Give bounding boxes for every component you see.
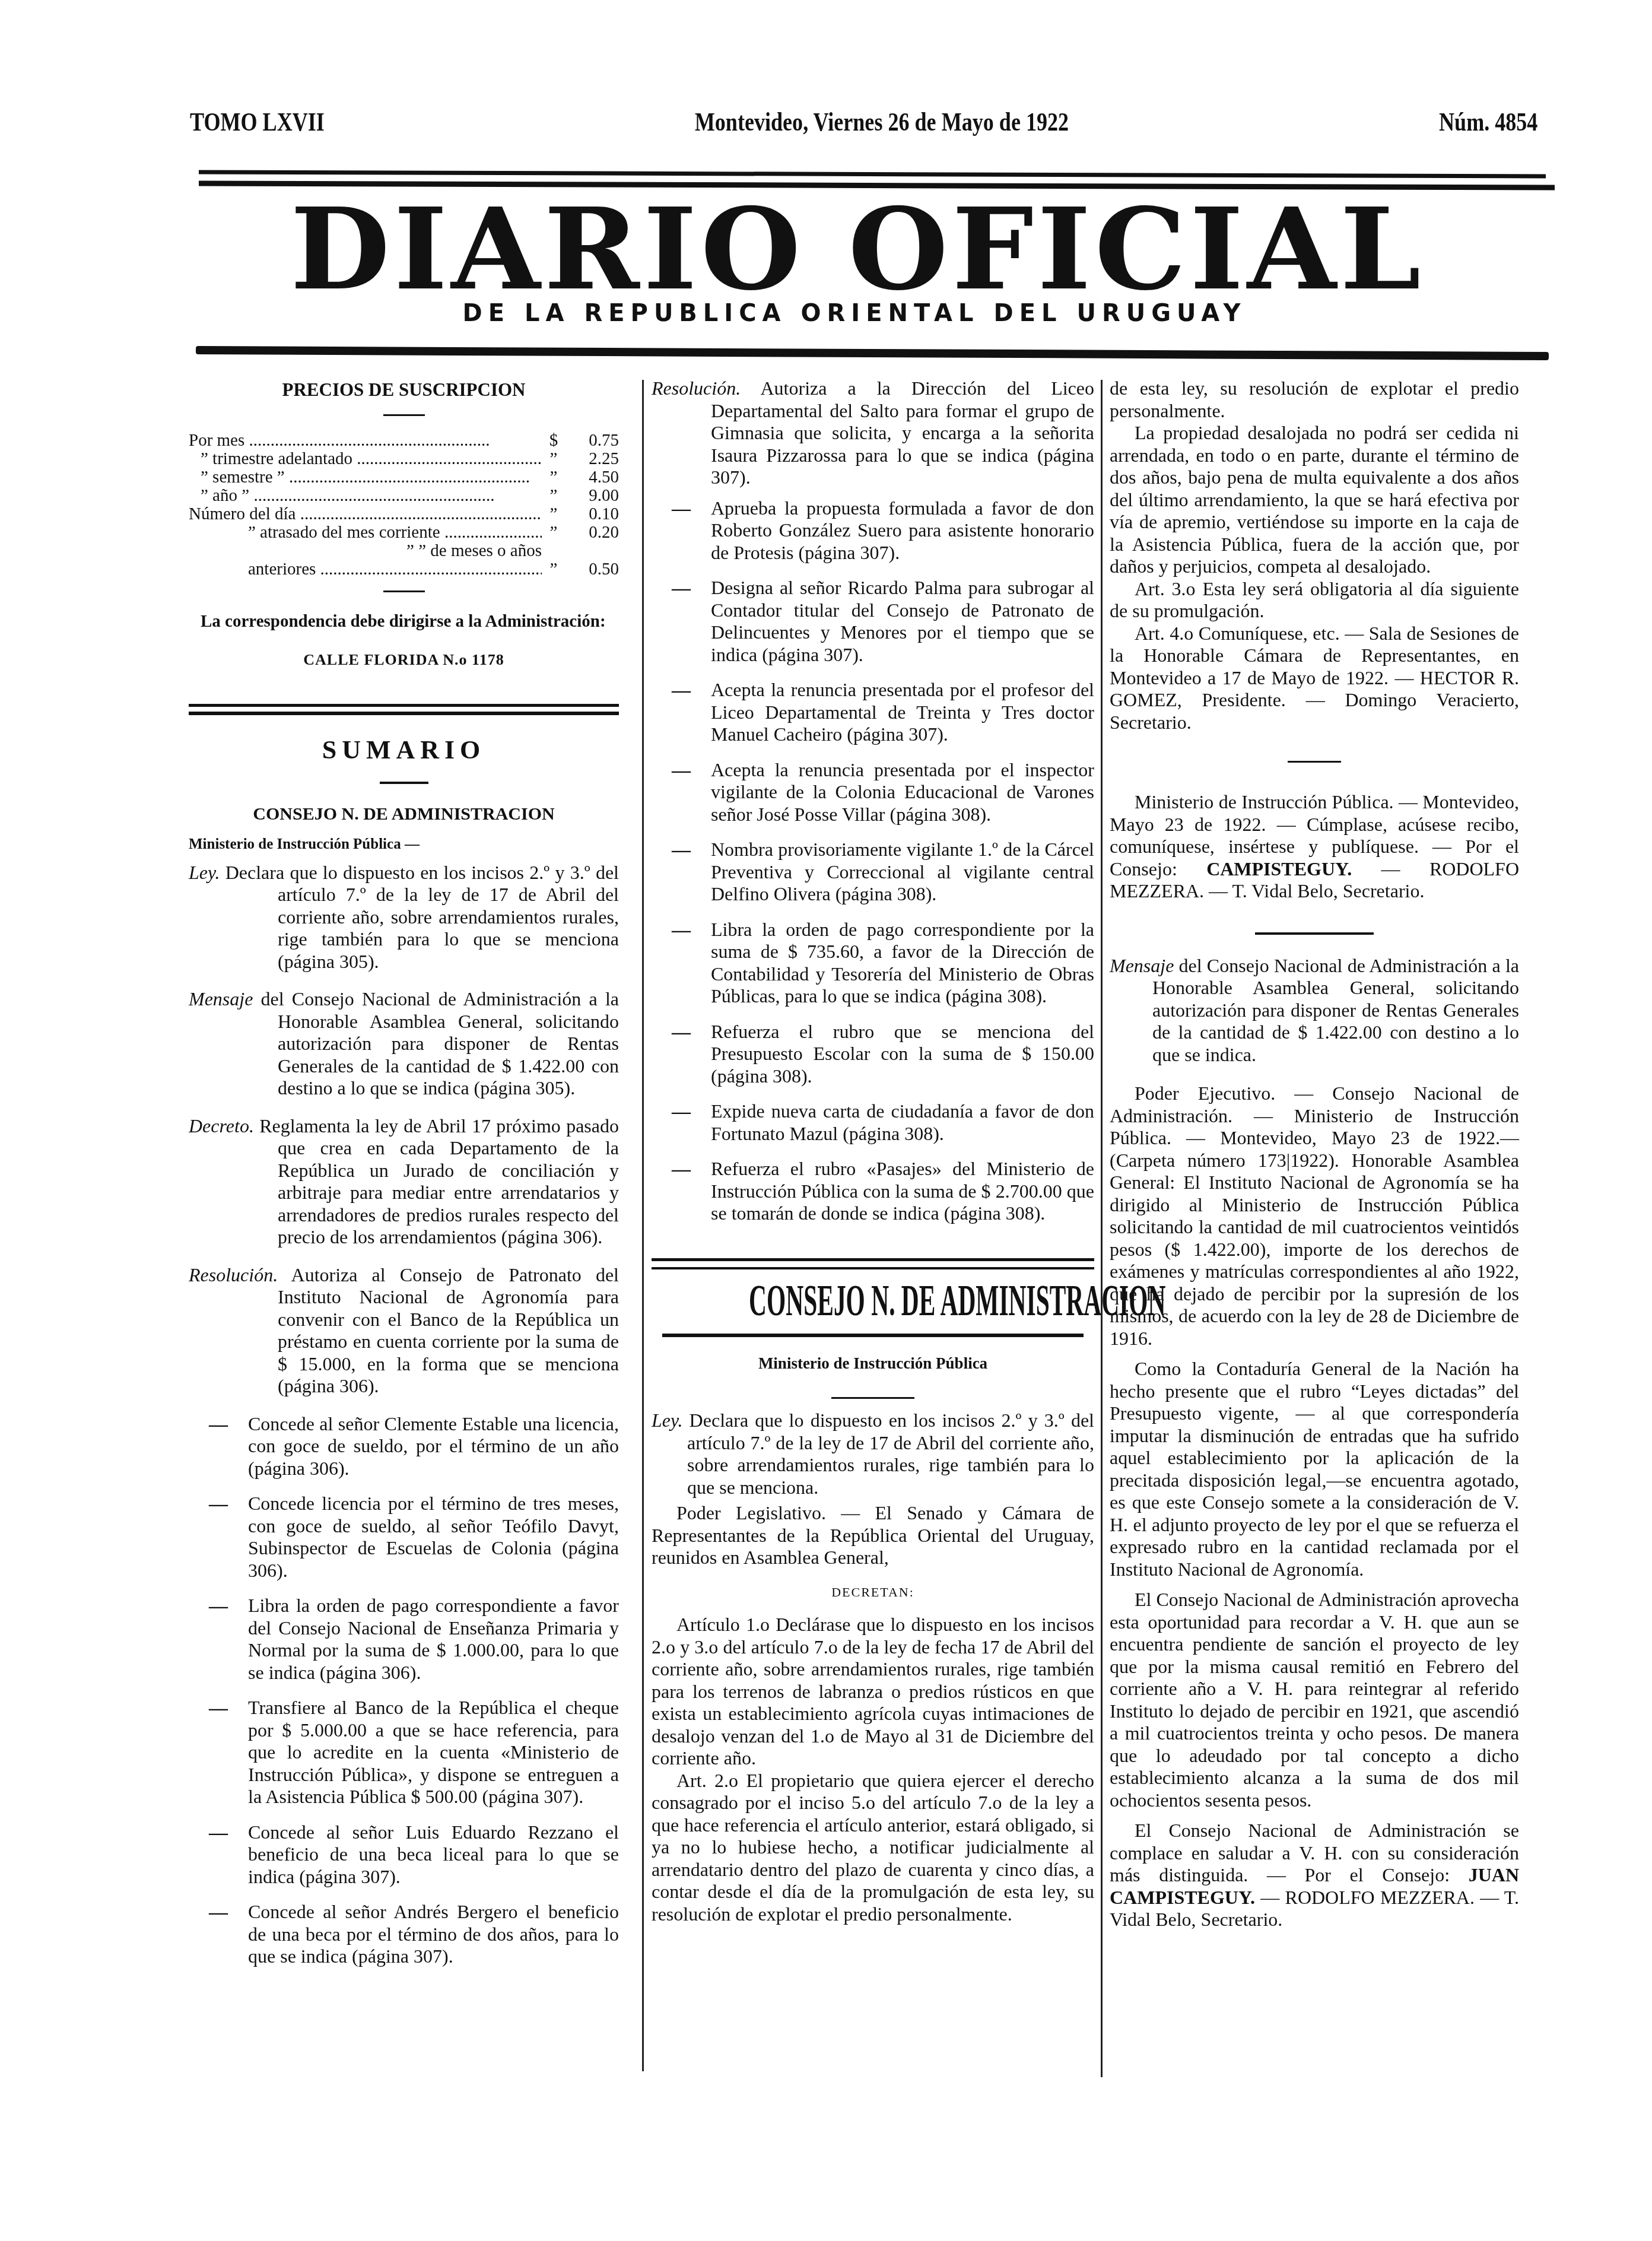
dash-item: —Acepta la renuncia presentada por el pr… [652,679,1094,746]
column-middle: Resolución. Autoriza a la Dirección del … [652,377,1094,1925]
em-dash-marker: — [189,1493,248,1582]
ley-entry: Ley. Declara que lo dispuesto en los inc… [652,1410,1094,1499]
contaduria-paragraph: Como la Contaduría General de la Nación … [1110,1358,1519,1580]
decretan-heading: DECRETAN: [652,1581,1094,1604]
sumario-short-rule [380,782,428,784]
saludo-text: El Consejo Nacional de Administración se… [1110,1820,1519,1886]
dash-item-text: Refuerza el rubro que se menciona del Pr… [711,1021,1094,1088]
dash-item: —Concede al señor Luis Eduardo Rezzano e… [189,1821,619,1888]
article-2-continued: de esta ley, su resolución de explotar e… [1110,377,1519,422]
issue-date: Montevideo, Viernes 26 de Mayo de 1922 [695,107,1069,137]
price-row: ” semestre ””4.50 [189,468,619,487]
price-row: ” trimestre adelantado”2.25 [189,450,619,468]
price-ditto: ” [542,468,566,487]
price-value: 0.50 [566,560,619,579]
dash-item-text: Nombra provisoriamente vigilante 1.º de … [711,839,1094,906]
column-divider-1 [642,380,644,2071]
dash-item-text: Expide nueva carta de ciudadanía a favor… [711,1100,1094,1145]
entry-tag: Ley. [189,862,220,883]
issue-header: TOMO LXVII Montevideo, Viernes 26 de May… [190,104,1537,139]
dash-item-text: Acepta la renuncia presentada por el ins… [711,759,1094,826]
article-rule [1288,761,1341,763]
entry-text: Reglamenta la ley de Abril 17 próximo pa… [259,1115,619,1248]
dash-item: —Libra la orden de pago correspondiente … [189,1595,619,1684]
dash-item: —Concede licencia por el término de tres… [189,1493,619,1582]
section-rule-bottom [662,1334,1084,1337]
em-dash-marker: — [189,1413,248,1480]
article-3: Art. 3.o Esta ley será obligatoria al dí… [1110,578,1519,623]
dash-item: —Designa al señor Ricardo Palma para sub… [652,577,1094,666]
correspondence-note: La correspondencia debe dirigirse a la A… [189,612,619,631]
prices-rule [383,414,425,416]
price-ditto: ” [542,505,566,523]
address: CALLE FLORIDA N.o 1178 [189,649,619,671]
dash-item: —Acepta la renuncia presentada por el in… [652,759,1094,826]
price-value: 4.50 [566,468,619,487]
ministry-rule [831,1397,914,1399]
price-row: ” año ””9.00 [189,487,619,505]
sumario-entry: Mensaje del Consejo Nacional de Administ… [189,988,619,1100]
column-right: de esta ley, su resolución de explotar e… [1110,377,1519,1931]
em-dash-marker: — [652,679,711,746]
sumario-title: SUMARIO [189,739,619,761]
article-1: Artículo 1.o Declárase que lo dispuesto … [652,1614,1094,1770]
price-row: Número del día”0.10 [189,505,619,523]
entry-text: Autoriza al Consejo de Patronato del Ins… [278,1264,619,1397]
dash-item-text: Refuerza el rubro «Pasajes» del Minister… [711,1158,1094,1225]
prices-rule-bottom [383,591,425,592]
sumario-rule-bottom [189,712,619,715]
masthead-title: DIARIO OFICIAL [201,196,1514,303]
dash-item: —Aprueba la propuesta formulada a favor … [652,497,1094,564]
volume-label: TOMO LXVII [190,107,325,137]
section-ministry: Ministerio de Instrucción Pública [652,1353,1094,1375]
dash-item-text: Designa al señor Ricardo Palma para subr… [711,577,1094,666]
entry-tag: Decreto. [189,1115,254,1137]
section-rule-mid [652,1267,1094,1269]
dash-item-text: Libra la orden de pago correspondiente a… [248,1595,619,1684]
price-ditto: ” [542,487,566,505]
em-dash-marker: — [189,1595,248,1684]
price-value: 2.25 [566,450,619,468]
em-dash-marker: — [189,1821,248,1888]
price-row: anteriores”0.50 [189,560,619,579]
price-label: ” ” de meses o años [189,542,542,560]
header-rule-top [199,170,1546,178]
entry-tag: Mensaje [1110,955,1174,976]
price-label: ” año ” [189,487,542,505]
masthead-subtitle: DE LA REPUBLICA ORIENTAL DEL URUGUAY [202,300,1507,327]
em-dash-marker: — [652,1158,711,1225]
sumario-dash-items: —Concede al señor Clemente Estable una l… [189,1413,619,1968]
dash-item: —Refuerza el rubro «Pasajes» del Ministe… [652,1158,1094,1225]
dash-item-text: Concede licencia por el término de tres … [248,1493,619,1582]
sumario-entry: Ley. Declara que lo dispuesto en los inc… [189,862,619,973]
issue-number: Núm. 4854 [1439,107,1537,137]
dash-item: —Transfiere al Banco de la República el … [189,1697,619,1808]
price-row: Por mes$0.75 [189,431,619,450]
sumario-dash-items-2: —Aprueba la propuesta formulada a favor … [652,497,1094,1225]
sumario-ministry: Ministerio de Instrucción Pública — [189,833,619,856]
price-ditto: ” [542,560,566,579]
entry-tag: Resolución. [652,377,741,399]
article-2: Art. 2.o El propietario que quiera ejerc… [652,1770,1094,1925]
price-row: ” atrasado del mes corriente”0.20 [189,523,619,542]
entry-tag: Resolución. [189,1264,278,1285]
price-label: Número del día [189,505,542,523]
saludo-paragraph: El Consejo Nacional de Administración se… [1110,1820,1519,1931]
poder-ejecutivo: Poder Ejecutivo. — Consejo Nacional de A… [1110,1083,1519,1350]
price-label: ” semestre ” [189,468,542,487]
dash-item: —Concede al señor Clemente Estable una l… [189,1413,619,1480]
em-dash-marker: — [652,497,711,564]
dash-item-text: Libra la orden de pago correspondiente p… [711,919,1094,1008]
price-value: 9.00 [566,487,619,505]
em-dash-marker: — [652,1021,711,1088]
article-2-paragraph-b: La propiedad desalojada no podrá ser ced… [1110,422,1519,578]
entry-tag: Ley. [652,1410,682,1431]
price-value: 0.20 [566,523,619,542]
em-dash-marker: — [652,839,711,906]
price-ditto: $ [542,431,566,450]
sumario-entries: Ley. Declara que lo dispuesto en los inc… [189,862,619,1398]
dash-item-text: Concede al señor Andrés Bergero el benef… [248,1901,619,1968]
price-ditto: ” [542,450,566,468]
price-value: 0.10 [566,505,619,523]
price-row: ” ” de meses o años [189,542,619,560]
section-rule-top [652,1258,1094,1261]
column-left: PRECIOS DE SUSCRIPCION Por mes$0.75” tri… [189,373,619,1981]
cumplase-rule [1255,932,1374,935]
entry-text: Autoriza a la Dirección del Liceo Depart… [711,377,1094,488]
entry-text: Declara que lo dispuesto en los incisos … [225,862,619,972]
em-dash-marker: — [652,919,711,1008]
entry-text: del Consejo Nacional de Administración a… [261,988,619,1099]
sumario-entry: Decreto. Reglamenta la ley de Abril 17 p… [189,1115,619,1249]
mensaje-entry: Mensaje del Consejo Nacional de Administ… [1110,955,1519,1066]
em-dash-marker: — [652,759,711,826]
dash-item: —Refuerza el rubro que se menciona del P… [652,1021,1094,1088]
consejo-paragraph: El Consejo Nacional de Administración ap… [1110,1589,1519,1811]
sumario-entry: Resolución. Autoriza al Consejo de Patro… [189,1264,619,1398]
em-dash-marker: — [652,1100,711,1145]
cumplase-signature: CAMPISTEGUY. [1206,858,1352,880]
section-title: CONSEJO N. DE ADMINISTRACION [749,1274,997,1328]
entry-text: Declara que lo dispuesto en los incisos … [687,1410,1094,1498]
dash-item: —Concede al señor Andrés Bergero el bene… [189,1901,619,1968]
dash-item-text: Concede al señor Clemente Estable una li… [248,1413,619,1480]
dash-item: —Expide nueva carta de ciudadanía a favo… [652,1100,1094,1145]
price-label: ” trimestre adelantado [189,450,542,468]
price-label: Por mes [189,431,542,450]
poder-legislativo: Poder Legislativo. — El Senado y Cámara … [652,1502,1094,1569]
dash-item-text: Acepta la renuncia presentada por el pro… [711,679,1094,746]
dash-item-text: Concede al señor Luis Eduardo Rezzano el… [248,1821,619,1888]
em-dash-marker: — [652,577,711,666]
dash-item-text: Aprueba la propuesta formulada a favor d… [711,497,1094,564]
dash-item-text: Transfiere al Banco de la República el c… [248,1697,619,1808]
price-ditto: ” [542,523,566,542]
resolution-entry: Resolución. Autoriza a la Dirección del … [652,377,1094,489]
article-4: Art. 4.o Comuníquese, etc. — Sala de Ses… [1110,623,1519,734]
column-divider-2 [1101,380,1103,2077]
sumario-rule-top [189,704,619,707]
sumario-council: CONSEJO N. DE ADMINISTRACION [189,803,619,826]
em-dash-marker: — [189,1901,248,1968]
prices-title: PRECIOS DE SUSCRIPCION [189,379,619,401]
prices-table: Por mes$0.75” trimestre adelantado”2.25”… [189,431,619,579]
em-dash-marker: — [189,1697,248,1808]
cumplase: Ministerio de Instrucción Pública. — Mon… [1110,791,1519,903]
masthead-rule [196,346,1549,360]
dash-item: —Nombra provisoriamente vigilante 1.º de… [652,839,1094,906]
entry-text: del Consejo Nacional de Administración a… [1152,955,1519,1065]
dash-item: —Libra la orden de pago correspondiente … [652,919,1094,1008]
price-label: ” atrasado del mes corriente [189,523,542,542]
price-value: 0.75 [566,431,619,450]
price-label: anteriores [189,560,542,579]
entry-tag: Mensaje [189,988,253,1010]
